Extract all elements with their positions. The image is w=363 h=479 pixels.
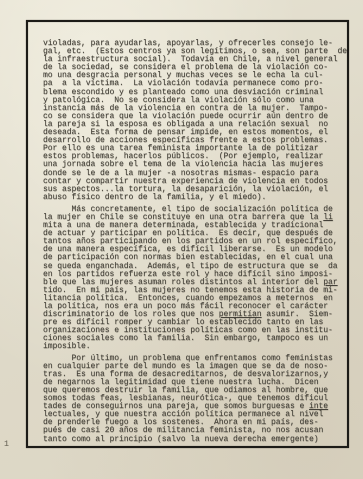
text-line: abuso físico dentro de la familia, y el … bbox=[43, 194, 349, 202]
underlined-text-segment: li bbox=[323, 213, 333, 222]
text-segment: abuso físico dentro de la familia, y el … bbox=[43, 193, 266, 202]
text-block: violadas, para ayudarlas, apoyarlas, y o… bbox=[43, 40, 349, 444]
page-margin-mark: 1 bbox=[4, 440, 9, 449]
text-line: imposible. bbox=[43, 343, 349, 351]
paragraph: Más concretamente, el tipo de socializac… bbox=[43, 206, 349, 352]
text-segment: tanto como al principio (salvo la nueva … bbox=[43, 435, 319, 444]
paragraph: violadas, para ayudarlas, apoyarlas, y o… bbox=[43, 40, 349, 202]
paragraph: Por último, un problema que enfrentamos … bbox=[43, 355, 349, 444]
paper-sheet: violadas, para ayudarlas, apoyarlas, y o… bbox=[0, 0, 363, 479]
text-line: tanto como al principio (salvo la nueva … bbox=[43, 436, 349, 444]
text-segment: imposible. bbox=[43, 342, 91, 351]
